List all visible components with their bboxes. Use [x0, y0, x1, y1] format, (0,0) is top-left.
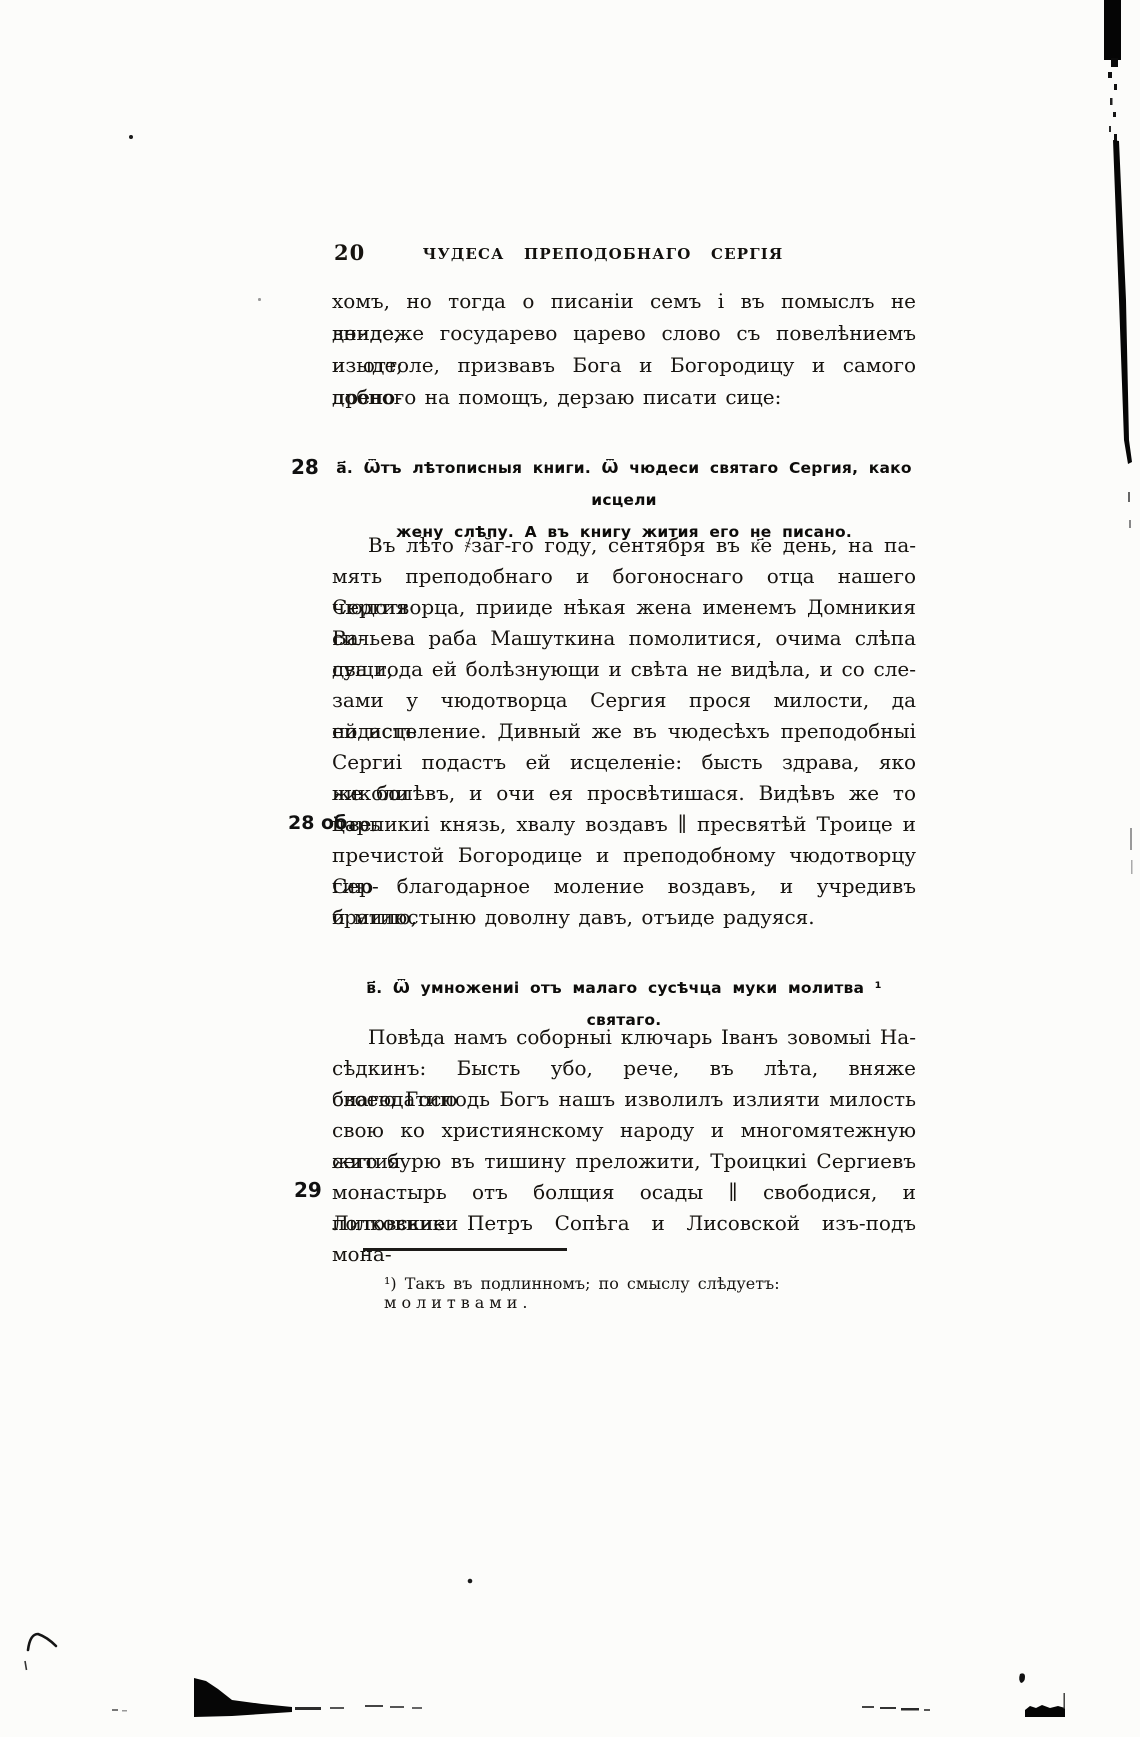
ink-blot-artifact: [194, 1678, 292, 1717]
pen-tick-artifact: [25, 1661, 27, 1670]
heading-line: а҃. Ѿтъ лѣтописныя книги. Ѿ чюдеси свята…: [332, 452, 916, 516]
text-line: Повѣда намъ соборныі ключарь Іванъ зовом…: [332, 1022, 916, 1053]
text-line: хомъ, но тогда о писаніи семъ і въ помыс…: [332, 285, 916, 317]
text-line: ей исцеление. Дивный же въ чюдесѣхъ преп…: [332, 716, 916, 747]
text-line: своею Господь Богъ нашъ изволилъ излияти…: [332, 1084, 916, 1115]
footnote-text: Такъ въ подлинномъ; по смыслу слѣдуетъ:: [405, 1274, 780, 1293]
text-line: гию благодарное моление воздавъ, и учред…: [332, 871, 916, 902]
footnote-marker: ¹): [384, 1274, 397, 1293]
footnote-rule: [363, 1248, 567, 1251]
chapter-2-body: Повѣда намъ соборныі ключарь Іванъ зовом…: [332, 1022, 916, 1239]
folio-note-28: 28: [291, 455, 319, 479]
text-line: дондеже государево царево слово съ повел…: [332, 317, 916, 349]
text-line: сѣдкинъ: Бысть убо, рече, въ лѣта, вняже…: [332, 1053, 916, 1084]
text-line: чюдотворца, прииде нѣкая жена именемъ До…: [332, 592, 916, 623]
text-line: мять преподобнаго и богоноснаго отца наш…: [332, 561, 916, 592]
text-line: пречистой Богородице и преподобному чюдо…: [332, 840, 916, 871]
text-line: Сергиі подастъ ей исцеленіе: бысть здрав…: [332, 747, 916, 778]
text-line: зами у чюдотворца Сергия прося милости, …: [332, 685, 916, 716]
folio-note-28-verso: 28 об.: [288, 812, 355, 834]
binding-shadow-artifact: [1098, 0, 1140, 900]
ink-mark-artifact: [1019, 1673, 1025, 1683]
text-line: и оттоле, призвавъ Бога и Богородицу и с…: [332, 349, 916, 381]
footnote: ¹) Такъ въ подлинномъ; по смыслу слѣдует…: [332, 1274, 916, 1312]
paper-speck: [129, 135, 133, 139]
text-line: сильева раба Машуткина помолитися, очима…: [332, 623, 916, 654]
footnote-corrected-word: молитвами.: [384, 1293, 533, 1312]
ink-bar-artifact: [1025, 1705, 1065, 1717]
text-line: монастырь отъ болщия осады ∥ свободися, …: [332, 1177, 916, 1208]
running-title: ЧУДЕСА ПРЕПОДОБНАГО СЕРГІЯ: [311, 245, 895, 263]
text-line: два года ей болѣзнующи и свѣта не видѣла…: [332, 654, 916, 685]
bottom-scan-artifacts: [0, 1560, 1140, 1737]
book-page-scan: 20 ЧУДЕСА ПРЕПОДОБНАГО СЕРГІЯ хомъ, но т…: [0, 0, 1140, 1737]
ink-dot-artifact: [468, 1579, 473, 1584]
chapter-1-body: Въ лѣто ҂зӑг-го году, сентября въ к҃е де…: [332, 530, 916, 933]
text-line: же болѣвъ, и очи ея просвѣтишася. Видѣвъ…: [332, 778, 916, 809]
text-line: Въ лѣто ҂зӑг-го году, сентября въ к҃е де…: [332, 530, 916, 561]
text-line: Литовские Петръ Сопѣга и Лисовской изъ-п…: [332, 1208, 916, 1239]
folio-note-29: 29: [294, 1178, 322, 1202]
text-line: і великиі князь, хвалу воздавъ ∥ пресвят…: [332, 809, 916, 840]
pen-stroke-artifact: [28, 1634, 56, 1650]
text-line: сего бурю въ тишину преложити, Троицкиі …: [332, 1146, 916, 1177]
intro-paragraph: хомъ, но тогда о писаніи семъ і въ помыс…: [332, 285, 916, 413]
paper-speck: [258, 298, 261, 301]
text-line: свою ко християнскому народу и многомяте…: [332, 1115, 916, 1146]
